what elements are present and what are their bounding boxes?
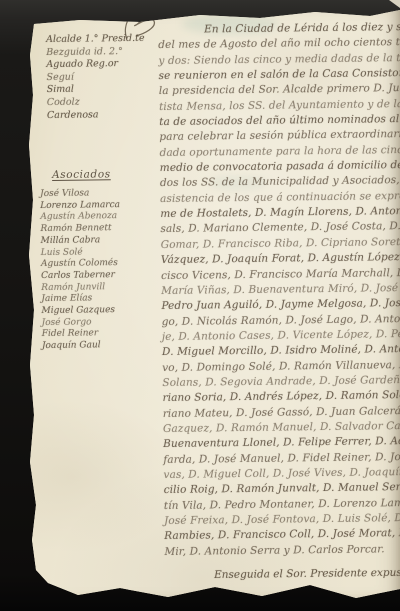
body-line: tista Mensa, los SS. del Ayuntamiento y … <box>159 97 400 115</box>
margin-official: Codolz <box>47 96 146 110</box>
margin-associate: Millán Cabra <box>41 235 121 248</box>
body-line: José Freixa, D. José Fontova, D. Luis So… <box>164 511 400 529</box>
associates-header: Asociados <box>52 168 111 181</box>
margin-official: Aguado Reg.or <box>46 58 145 72</box>
margin-associate: Jaime Elías <box>41 293 121 306</box>
margin-associate: José Vilosa <box>40 188 120 201</box>
margin-associate: Joaquín Gaul <box>42 340 122 353</box>
margin-official: Bezguida id. 2.° <box>46 45 145 59</box>
page-corner <box>389 0 400 8</box>
body-line: dada oportunamente para la hora de las c… <box>159 143 400 161</box>
body-line: Mir, D. Antonio Serra y D. Carlos Porcar… <box>164 542 400 560</box>
closing-line: Enseguida el Sor. Presidente expuso de..… <box>214 566 400 581</box>
margin-associate: Agustín Colomés <box>41 258 121 271</box>
body-line: Gazquez, D. Ramón Manuel, D. Salvador Ca… <box>163 419 400 437</box>
photographed-manuscript: Alcalde 1.° Presid.teBezguida id. 2.°Agu… <box>0 0 400 611</box>
body-text: En la Ciudad de Lérida á los diez y siet… <box>158 20 400 560</box>
body-line: y dos: Siendo las cinco y media dadas de… <box>158 51 400 69</box>
margin-associate: Fidel Reiner <box>42 328 122 341</box>
margin-officials-list: Alcalde 1.° Presid.teBezguida id. 2.°Agu… <box>46 33 146 122</box>
margin-associates-list: José VilosaLorenzo LamarcaAgustín Abenoz… <box>40 188 122 353</box>
body-line: Solans, D. Segovia Andrade, D. José Gard… <box>162 373 400 391</box>
body-line: vas, D. Miguel Coll, D. José Vives, D. J… <box>163 465 400 483</box>
body-line: je, D. Antonio Cases, D. Vicente López, … <box>162 327 400 345</box>
margin-official: Seguí <box>46 71 145 85</box>
body-line: Gomar, D. Francisco Riba, D. Cipriano So… <box>161 235 400 253</box>
margin-official: Cardenosa <box>47 108 146 122</box>
margin-associate: Ramón Bennett <box>40 223 120 236</box>
body-line: María Viñas, D. Buenaventura Miró, D. Jo… <box>161 281 400 299</box>
margin-associate: Carlos Taberner <box>41 270 121 283</box>
margin-official: Alcalde 1.° Presid.te <box>46 33 145 47</box>
manuscript-page: Alcalde 1.° Presid.teBezguida id. 2.°Agu… <box>0 0 400 611</box>
margin-associate: Miguel Gazques <box>41 305 121 318</box>
body-line: asistencia de los que á continuación se … <box>160 189 400 207</box>
margin-official: Simal <box>47 83 146 97</box>
margin-associate: Ramón Junvill <box>41 282 121 295</box>
